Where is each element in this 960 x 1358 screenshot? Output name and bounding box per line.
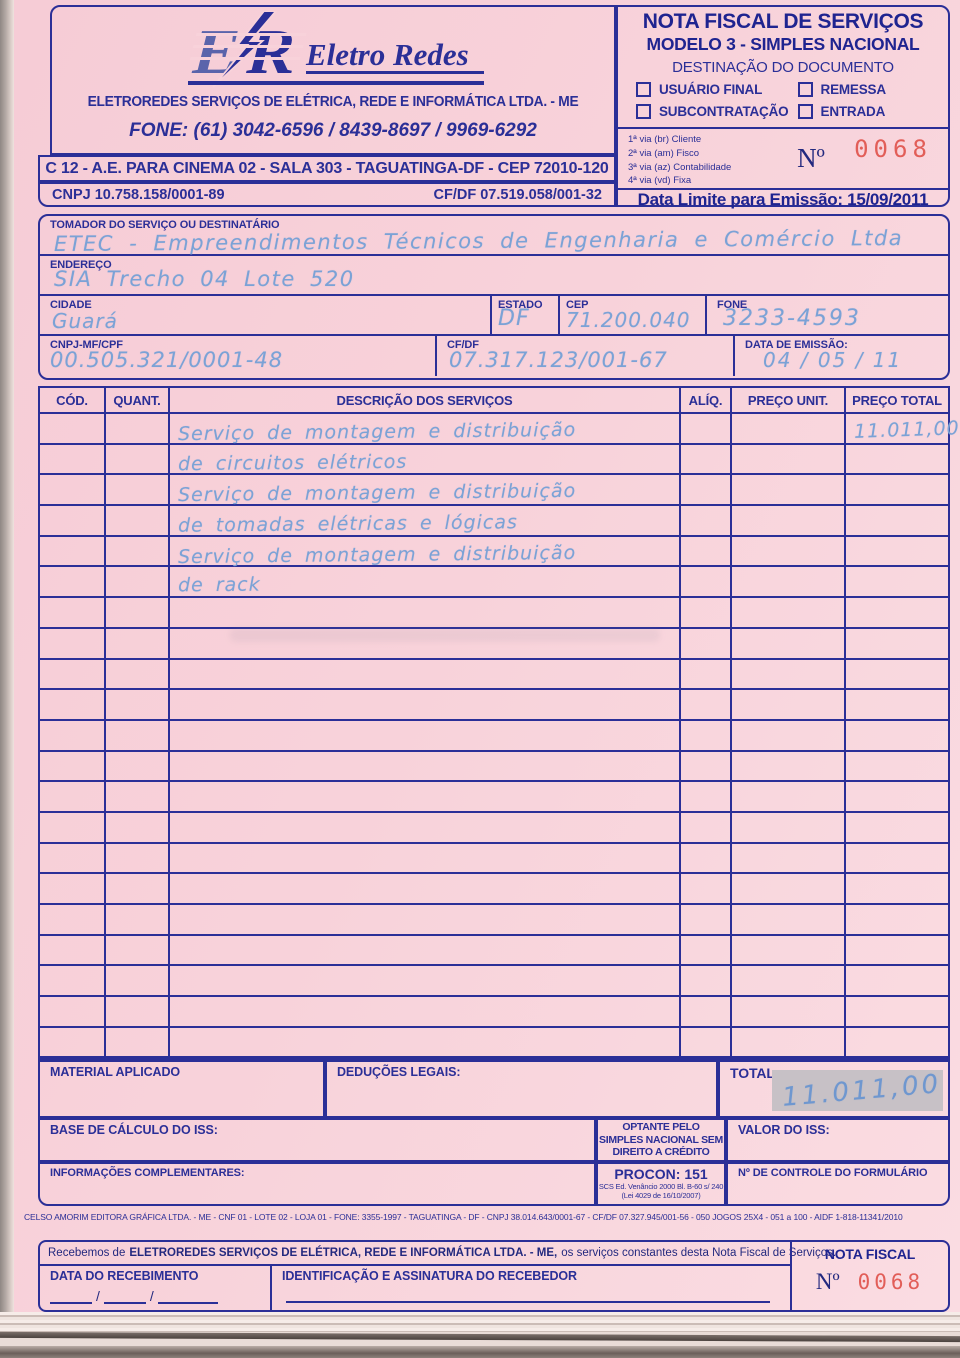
sheet-edge-shadow	[0, 1332, 960, 1342]
services-row-9-preco_total	[846, 660, 948, 691]
issuer-cnpj: CNPJ 10.758.158/0001-89	[52, 187, 225, 203]
services-row-18-preco_unit	[732, 936, 846, 967]
checkbox-usuario-final-label: USUÁRIO FINAL	[659, 82, 762, 97]
services-row-10-aliq	[681, 690, 732, 721]
checkbox-subcontratacao-label: SUBCONTRATAÇÃO	[659, 104, 788, 119]
services-row-19-preco_unit	[732, 966, 846, 997]
recipient-tax-row: CNPJ-MF/CPF 00.505.321/0001-48 CF/DF 07.…	[40, 336, 948, 376]
document-title: NOTA FISCAL DE SERVIÇOS	[618, 10, 948, 34]
stub-number-value: 0068	[858, 1270, 925, 1294]
services-row-7-descricao	[170, 598, 681, 629]
services-row-13-quant	[106, 782, 170, 813]
form-control-number-label: Nº DE CONTROLE DO FORMULÁRIO	[728, 1164, 948, 1179]
checkbox-entrada: ENTRADA	[798, 104, 938, 119]
services-row-17-preco_total	[846, 905, 948, 936]
services-row-9-quant	[106, 660, 170, 691]
date-blank-month	[104, 1290, 146, 1304]
svg-text:E: E	[187, 17, 247, 88]
receipt-signature-field: IDENTIFICAÇÃO E ASSINATURA DO RECEBEDOR	[272, 1266, 790, 1310]
receipt-stub-number-box: NOTA FISCAL Nº 0068	[790, 1242, 948, 1310]
services-row-8-preco_total	[846, 629, 948, 660]
services-row-5-quant	[106, 537, 170, 568]
services-row-5-preco_unit	[732, 537, 846, 568]
services-row-12-descricao	[170, 752, 681, 783]
recipient-name-row: TOMADOR DO SERVIÇO OU DESTINATÁRIO ETEC …	[40, 216, 948, 256]
total-box: TOTAL 11.011,00	[718, 1060, 950, 1118]
services-row-10-preco_unit	[732, 690, 846, 721]
services-row-14-quant	[106, 813, 170, 844]
services-row-16-quant	[106, 874, 170, 905]
stub-nota-fiscal-label: NOTA FISCAL	[825, 1246, 915, 1262]
services-row-20-quant	[106, 997, 170, 1028]
sheet-left-edge	[0, 0, 14, 1312]
handwritten-preco_total: 11.011,00	[854, 417, 960, 443]
col-header-preco-total: PREÇO TOTAL	[846, 388, 948, 414]
services-row-18-aliq	[681, 936, 732, 967]
services-row-14-preco_total	[846, 813, 948, 844]
date-slash-2: /	[150, 1288, 154, 1304]
via-3: 3ª via (az) Contabilidade	[628, 161, 778, 175]
services-row-7-preco_total	[846, 598, 948, 629]
services-row-20-preco_total	[846, 997, 948, 1028]
recipient-name-handwritten: ETEC - Empreendimentos Técnicos de Engen…	[54, 226, 903, 256]
services-row-19-quant	[106, 966, 170, 997]
receipt-statement: Recebemos de ELETROREDES SERVIÇOS DE ELÉ…	[40, 1242, 790, 1266]
deducoes-legais-label: DEDUÇÕES LEGAIS:	[327, 1062, 716, 1079]
scanned-invoice: E R Eletro Redes ELETROREDES SERVIÇOS DE…	[0, 0, 960, 1358]
handwritten-descricao: Serviço de montagem e distribuição	[178, 542, 576, 568]
services-row-5-aliq	[681, 537, 732, 568]
recipient-city-row: CIDADE Guará ESTADO DF CEP 71.200.040 FO…	[40, 296, 948, 336]
services-row-9-descricao	[170, 660, 681, 691]
services-row-8-cod	[40, 629, 106, 660]
services-row-13-preco_unit	[732, 782, 846, 813]
services-row-10-descricao	[170, 690, 681, 721]
services-row-19-preco_total	[846, 966, 948, 997]
informacoes-complementares-box: INFORMAÇÕES COMPLEMENTARES:	[38, 1162, 596, 1206]
issuer-header-box: E R Eletro Redes ELETROREDES SERVIÇOS DE…	[50, 5, 616, 155]
handwritten-descricao: de circuitos elétricos	[178, 450, 407, 474]
total-handwritten: 11.011,00	[781, 1069, 942, 1113]
services-row-19-aliq	[681, 966, 732, 997]
services-row-1-aliq	[681, 414, 732, 445]
company-logo: E R Eletro Redes	[52, 7, 614, 96]
emission-deadline-row: Data Limite para Emissão: 15/09/2011	[618, 188, 948, 210]
receipt-statement-company: ELETROREDES SERVIÇOS DE ELÉTRICA, REDE E…	[129, 1247, 557, 1259]
emission-date-handwritten: 04 / 05 / 11	[763, 348, 902, 372]
services-row-15-descricao	[170, 844, 681, 875]
checkbox-remessa-label: REMESSA	[821, 82, 886, 97]
services-row-7-quant	[106, 598, 170, 629]
services-row-10-cod	[40, 690, 106, 721]
services-row-3-cod	[40, 475, 106, 506]
state-field: ESTADO DF	[492, 296, 560, 334]
checkbox-remessa: REMESSA	[798, 82, 938, 97]
services-row-16-preco_unit	[732, 874, 846, 905]
optante-line-2: SIMPLES NACIONAL SEM	[599, 1134, 723, 1147]
receipt-signature-label: IDENTIFICAÇÃO E ASSINATURA DO RECEBEDOR	[272, 1266, 790, 1283]
col-header-quant: QUANT.	[106, 388, 170, 414]
handwritten-descricao: de tomadas elétricas e lógicas	[178, 511, 518, 537]
phone-line: FONE: (61) 3042-6596 / 8439-8697 / 9969-…	[52, 120, 614, 142]
services-row-3-preco_total	[846, 475, 948, 506]
cep-field: CEP 71.200.040	[560, 296, 707, 334]
date-slash-1: /	[96, 1288, 100, 1304]
form-control-number-box: Nº DE CONTROLE DO FORMULÁRIO	[726, 1162, 950, 1206]
services-row-1-quant	[106, 414, 170, 445]
deducoes-legais-box: DEDUÇÕES LEGAIS:	[325, 1060, 718, 1118]
phone-handwritten: 3233-4593	[723, 306, 861, 331]
issuer-cnpj-row: CNPJ 10.758.158/0001-89 CF/DF 07.519.058…	[38, 182, 616, 207]
services-row-19-descricao	[170, 966, 681, 997]
services-row-10-quant	[106, 690, 170, 721]
procon-law: (Lei 4029 de 16/10/2007)	[598, 1191, 724, 1200]
services-row-1-preco_total: 11.011,00	[846, 414, 948, 445]
services-row-2-descricao: de circuitos elétricos	[170, 445, 681, 476]
checkbox-entrada-icon	[798, 104, 813, 119]
emission-date-field: DATA DE EMISSÃO: 04 / 05 / 11	[735, 336, 948, 376]
services-row-1-preco_unit	[732, 414, 846, 445]
total-highlight: 11.011,00	[772, 1070, 943, 1111]
services-row-17-preco_unit	[732, 905, 846, 936]
stub-number-label: Nº	[816, 1269, 840, 1295]
services-row-18-quant	[106, 936, 170, 967]
services-row-4-cod	[40, 506, 106, 537]
ink-ghost-impression	[230, 628, 660, 642]
services-row-4-descricao: de tomadas elétricas e lógicas	[170, 506, 681, 537]
services-table: CÓD. QUANT. DESCRIÇÃO DOS SERVIÇOS ALÍQ.…	[38, 386, 950, 1060]
base-calculo-iss-label: BASE DE CÁLCULO DO ISS:	[40, 1120, 594, 1137]
recipient-cfdf-handwritten: 07.317.123/001-67	[449, 348, 668, 372]
recipient-address-handwritten: SIA Trecho 04 Lote 520	[54, 267, 355, 291]
services-row-14-preco_unit	[732, 813, 846, 844]
receipt-statement-prefix: Recebemos de	[48, 1247, 125, 1259]
procon-box: PROCON: 151 SCS Ed. Venâncio 2000 Bl. B-…	[596, 1162, 726, 1206]
destination-heading: DESTINAÇÃO DO DOCUMENTO	[618, 59, 948, 76]
destination-checkboxes: USUÁRIO FINAL REMESSA SUBCONTRATAÇÃO ENT…	[636, 82, 938, 119]
services-row-6-cod	[40, 567, 106, 598]
recipient-block: TOMADOR DO SERVIÇO OU DESTINATÁRIO ETEC …	[38, 214, 950, 380]
material-aplicado-box: MATERIAL APLICADO	[38, 1060, 325, 1118]
services-row-7-preco_unit	[732, 598, 846, 629]
services-row-15-cod	[40, 844, 106, 875]
company-name-line: ELETROREDES SERVIÇOS DE ELÉTRICA, REDE E…	[66, 94, 600, 110]
valor-iss-label: VALOR DO ISS:	[728, 1120, 948, 1137]
services-row-11-aliq	[681, 721, 732, 752]
services-row-3-quant	[106, 475, 170, 506]
services-row-21-preco_unit	[732, 1028, 846, 1059]
handwritten-descricao: Serviço de montagem e distribuição	[178, 419, 576, 445]
services-row-6-preco_total	[846, 567, 948, 598]
services-row-2-quant	[106, 445, 170, 476]
services-row-3-preco_unit	[732, 475, 846, 506]
receipt-date-label: DATA DO RECEBIMENTO	[40, 1266, 270, 1283]
via-2: 2ª via (am) Fisco	[628, 147, 778, 161]
title-block: NOTA FISCAL DE SERVIÇOS MODELO 3 - SIMPL…	[616, 5, 950, 207]
services-row-12-aliq	[681, 752, 732, 783]
services-row-6-quant	[106, 567, 170, 598]
services-row-17-aliq	[681, 905, 732, 936]
services-row-9-aliq	[681, 660, 732, 691]
services-row-11-cod	[40, 721, 106, 752]
col-header-descricao: DESCRIÇÃO DOS SERVIÇOS	[170, 388, 681, 414]
via-4: 4ª via (vd) Fixa	[628, 174, 778, 188]
vias-and-number-row: 1ª via (br) Cliente 2ª via (am) Fisco 3ª…	[618, 127, 948, 188]
services-row-13-preco_total	[846, 782, 948, 813]
handwritten-descricao: Serviço de montagem e distribuição	[178, 480, 576, 506]
receipt-stub: Recebemos de ELETROREDES SERVIÇOS DE ELÉ…	[38, 1240, 950, 1312]
base-calculo-iss-box: BASE DE CÁLCULO DO ISS:	[38, 1118, 596, 1162]
sheet-edge-stripes	[0, 1312, 960, 1332]
services-row-2-preco_unit	[732, 445, 846, 476]
services-row-18-descricao	[170, 936, 681, 967]
date-blank-year	[158, 1290, 218, 1304]
via-list: 1ª via (br) Cliente 2ª via (am) Fisco 3ª…	[628, 133, 778, 188]
scan-bottom-band	[0, 1346, 960, 1358]
procon-address: SCS Ed. Venâncio 2000 Bl. B-60 s/ 240	[598, 1182, 724, 1191]
services-row-6-aliq	[681, 567, 732, 598]
services-row-14-cod	[40, 813, 106, 844]
services-row-2-cod	[40, 445, 106, 476]
procon-number: PROCON: 151	[598, 1166, 724, 1182]
checkbox-entrada-label: ENTRADA	[821, 104, 886, 119]
handwritten-descricao: de rack	[178, 574, 261, 597]
services-row-8-quant	[106, 629, 170, 660]
receipt-date-blanks: / /	[50, 1288, 218, 1304]
document-subtitle: MODELO 3 - SIMPLES NACIONAL	[618, 34, 948, 55]
services-row-6-descricao: de rack	[170, 567, 681, 598]
services-row-12-preco_total	[846, 752, 948, 783]
recipient-cnpj-field: CNPJ-MF/CPF 00.505.321/0001-48	[40, 336, 437, 376]
services-row-7-aliq	[681, 598, 732, 629]
services-row-14-descricao	[170, 813, 681, 844]
issuer-address: C 12 - A.E. PARA CINEMA 02 - SALA 303 - …	[45, 160, 608, 178]
services-row-4-preco_unit	[732, 506, 846, 537]
state-handwritten: DF	[498, 306, 530, 331]
services-row-9-preco_unit	[732, 660, 846, 691]
receipt-stub-left: Recebemos de ELETROREDES SERVIÇOS DE ELÉ…	[40, 1242, 790, 1310]
services-row-5-preco_total	[846, 537, 948, 568]
services-row-9-cod	[40, 660, 106, 691]
city-field: CIDADE Guará	[40, 296, 492, 334]
printer-credit-line: CELSO AMORIM EDITORA GRÁFICA LTDA. - ME …	[24, 1212, 954, 1222]
cep-handwritten: 71.200.040	[566, 308, 691, 332]
services-row-21-cod	[40, 1028, 106, 1059]
services-row-13-aliq	[681, 782, 732, 813]
invoice-number-value: 0068	[844, 135, 942, 163]
services-row-15-preco_unit	[732, 844, 846, 875]
material-aplicado-label: MATERIAL APLICADO	[40, 1062, 323, 1079]
services-row-3-aliq	[681, 475, 732, 506]
issuer-address-row: C 12 - A.E. PARA CINEMA 02 - SALA 303 - …	[38, 155, 616, 182]
services-row-21-preco_total	[846, 1028, 948, 1059]
services-row-11-preco_unit	[732, 721, 846, 752]
checkbox-subcontratacao-icon	[636, 104, 651, 119]
services-row-5-cod	[40, 537, 106, 568]
services-row-16-preco_total	[846, 874, 948, 905]
phone-field: FONE 3233-4593	[707, 296, 948, 334]
services-row-12-cod	[40, 752, 106, 783]
services-row-7-cod	[40, 598, 106, 629]
receipt-fields-row: DATA DO RECEBIMENTO / / IDENTIFICAÇÃO E …	[40, 1266, 790, 1310]
services-row-21-aliq	[681, 1028, 732, 1059]
receipt-date-field: DATA DO RECEBIMENTO / /	[40, 1266, 272, 1310]
col-header-preco-unit: PREÇO UNIT.	[732, 388, 846, 414]
city-handwritten: Guará	[52, 309, 118, 333]
services-row-17-cod	[40, 905, 106, 936]
checkbox-remessa-icon	[798, 82, 813, 97]
services-row-20-preco_unit	[732, 997, 846, 1028]
services-row-10-preco_total	[846, 690, 948, 721]
services-row-16-descricao	[170, 874, 681, 905]
emission-deadline: Data Limite para Emissão: 15/09/2011	[638, 190, 929, 210]
checkbox-usuario-final-icon	[636, 82, 651, 97]
services-row-21-quant	[106, 1028, 170, 1059]
services-row-19-cod	[40, 966, 106, 997]
services-row-11-descricao	[170, 721, 681, 752]
services-row-13-descricao	[170, 782, 681, 813]
col-header-cod: CÓD.	[40, 388, 106, 414]
services-row-8-preco_unit	[732, 629, 846, 660]
col-header-aliq: ALÍQ.	[681, 388, 732, 414]
stacked-sheets-edge	[0, 1312, 960, 1358]
services-row-11-preco_total	[846, 721, 948, 752]
services-row-13-cod	[40, 782, 106, 813]
services-row-17-descricao	[170, 905, 681, 936]
services-row-1-descricao: Serviço de montagem e distribuição	[170, 414, 681, 445]
recipient-address-row: ENDEREÇO SIA Trecho 04 Lote 520	[40, 256, 948, 296]
recipient-cfdf-field: CF/DF 07.317.123/001-67	[437, 336, 735, 376]
services-row-8-aliq	[681, 629, 732, 660]
recipient-cnpj-handwritten: 00.505.321/0001-48	[50, 348, 283, 372]
services-row-4-aliq	[681, 506, 732, 537]
services-row-11-quant	[106, 721, 170, 752]
services-row-3-descricao: Serviço de montagem e distribuição	[170, 475, 681, 506]
brand-name-text: Eletro Redes	[305, 37, 469, 72]
services-row-14-aliq	[681, 813, 732, 844]
services-row-20-cod	[40, 997, 106, 1028]
services-row-2-aliq	[681, 445, 732, 476]
services-row-12-quant	[106, 752, 170, 783]
informacoes-complementares-label: INFORMAÇÕES COMPLEMENTARES:	[40, 1164, 594, 1179]
services-row-17-quant	[106, 905, 170, 936]
eletro-redes-logo-graphic: E R Eletro Redes	[168, 11, 498, 91]
signature-line	[286, 1301, 770, 1303]
invoice-number-label: Nº	[778, 143, 844, 174]
optante-line-1: OPTANTE PELO	[622, 1121, 699, 1134]
checkbox-subcontratacao: SUBCONTRATAÇÃO	[636, 104, 798, 119]
services-row-5-descricao: Serviço de montagem e distribuição	[170, 537, 681, 568]
via-1: 1ª via (br) Cliente	[628, 133, 778, 147]
date-blank-day	[50, 1290, 92, 1304]
services-row-20-aliq	[681, 997, 732, 1028]
services-row-4-preco_total	[846, 506, 948, 537]
services-row-1-cod	[40, 414, 106, 445]
services-row-18-preco_total	[846, 936, 948, 967]
services-row-12-preco_unit	[732, 752, 846, 783]
services-row-16-cod	[40, 874, 106, 905]
valor-iss-box: VALOR DO ISS:	[726, 1118, 950, 1162]
services-row-6-preco_unit	[732, 567, 846, 598]
services-row-2-preco_total	[846, 445, 948, 476]
optante-line-3: DIREITO A CRÉDITO	[613, 1146, 710, 1159]
services-row-16-aliq	[681, 874, 732, 905]
services-row-18-cod	[40, 936, 106, 967]
services-row-15-aliq	[681, 844, 732, 875]
optante-simples-box: OPTANTE PELO SIMPLES NACIONAL SEM DIREIT…	[596, 1118, 726, 1162]
services-row-15-quant	[106, 844, 170, 875]
services-row-4-quant	[106, 506, 170, 537]
services-row-20-descricao	[170, 997, 681, 1028]
issuer-cfdf: CF/DF 07.519.058/001-32	[434, 187, 602, 203]
services-row-15-preco_total	[846, 844, 948, 875]
checkbox-usuario-final: USUÁRIO FINAL	[636, 82, 798, 97]
services-row-21-descricao	[170, 1028, 681, 1059]
stub-number-row: Nº 0068	[816, 1268, 924, 1295]
